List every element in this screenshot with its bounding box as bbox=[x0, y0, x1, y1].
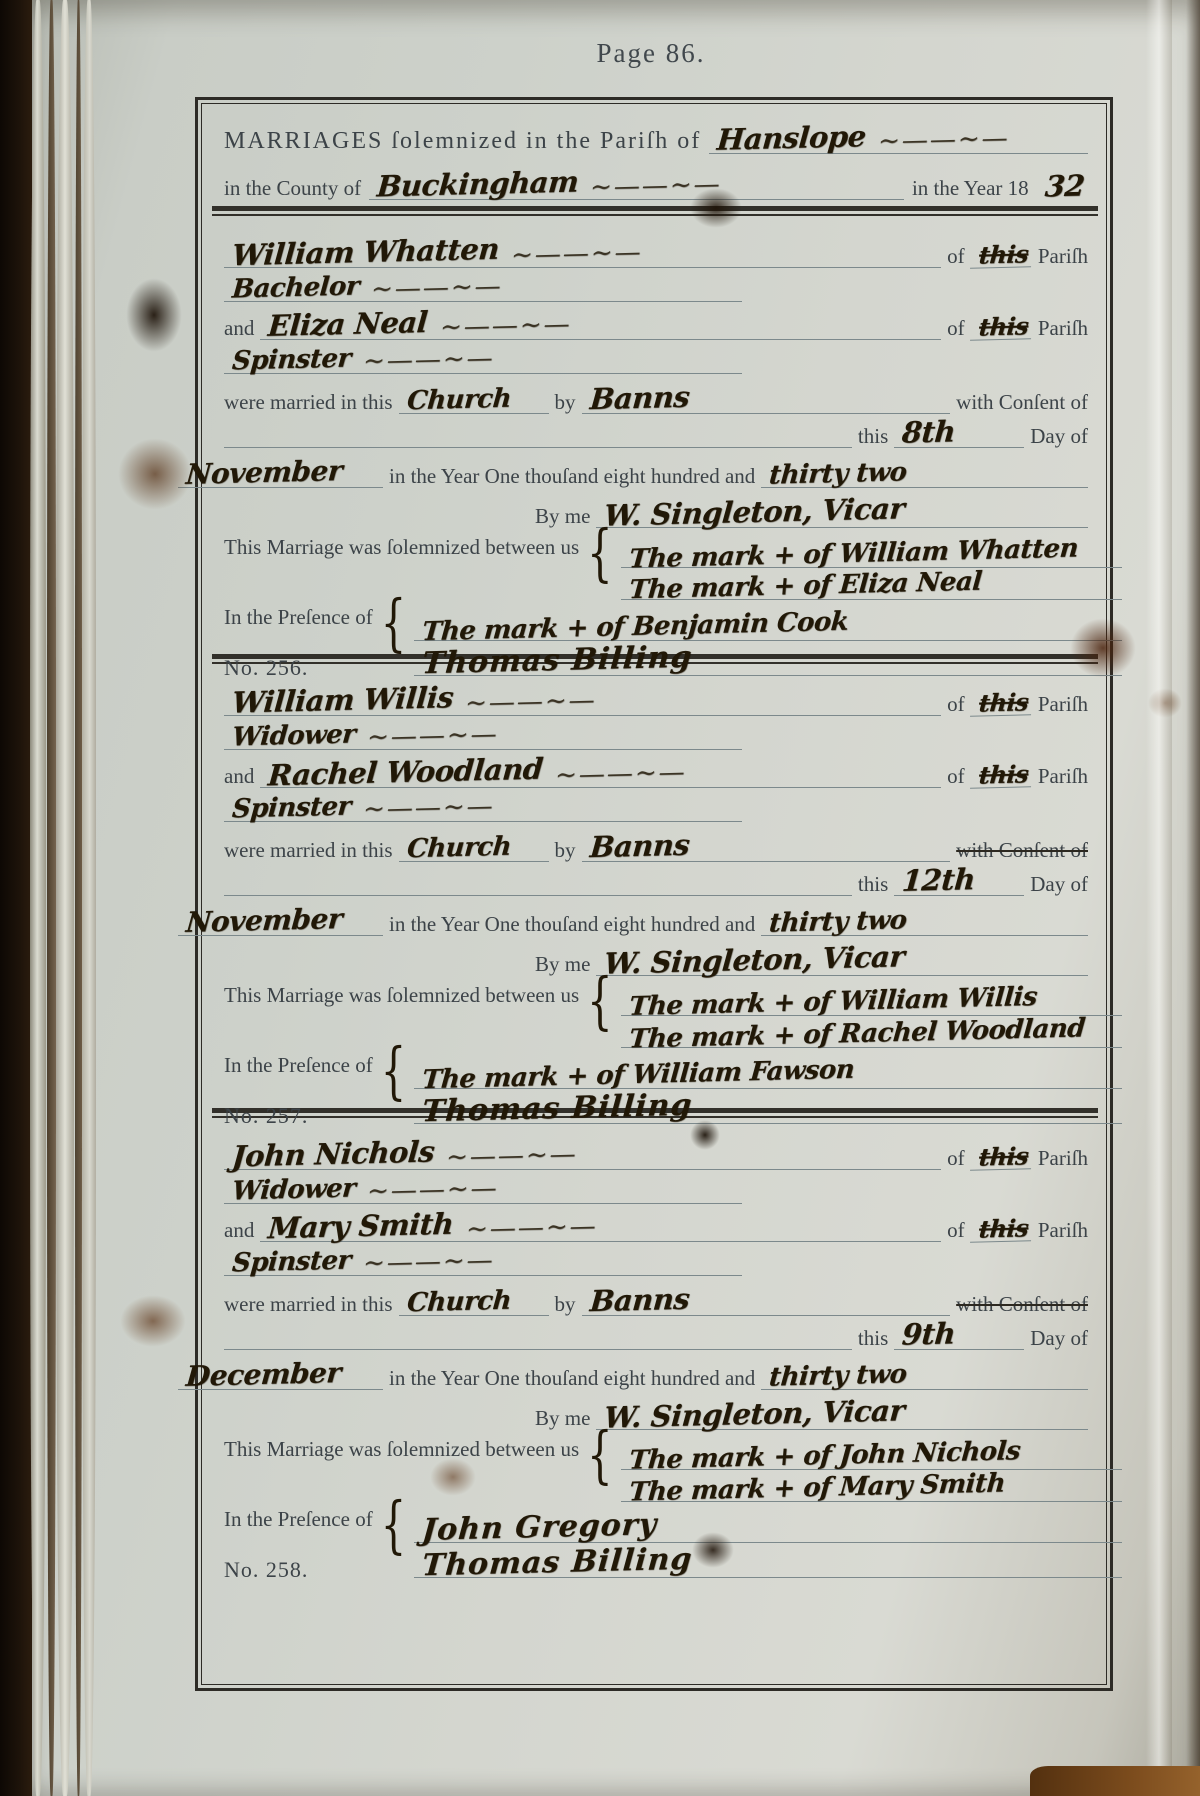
of-label: of bbox=[947, 1147, 965, 1170]
officiant: W. Singleton, Vicar bbox=[595, 495, 909, 530]
day-value: 12th bbox=[893, 866, 980, 895]
year-value: 32 bbox=[1036, 172, 1090, 200]
marriages-label: MARRIAGES ſolemnized in the Pariſh of bbox=[224, 128, 701, 154]
condition-line: Spinster~——~— bbox=[224, 349, 742, 374]
day-line: 8th bbox=[894, 419, 1024, 448]
marriage-entry-256: William Whatten~——~— of this Pariſh Bach… bbox=[224, 220, 1088, 648]
month-value: November bbox=[177, 458, 347, 488]
married-in: Church bbox=[398, 835, 516, 862]
month-value: November bbox=[177, 906, 347, 936]
flourish: ~——~— bbox=[546, 761, 692, 789]
officiant-line: W. Singleton, Vicar bbox=[596, 1401, 1088, 1430]
by-banns: Banns bbox=[580, 384, 693, 414]
by-label: by bbox=[555, 839, 576, 862]
year-words-line: thirty two bbox=[761, 1365, 1088, 1390]
witness1-line: The mark + of Benjamin Cook bbox=[414, 606, 1122, 641]
church-line: Church bbox=[399, 1291, 549, 1316]
bride-name: Rachel Woodland bbox=[259, 755, 548, 789]
flourish: ~——~— bbox=[502, 241, 648, 269]
by-me-label: By me bbox=[535, 1407, 590, 1430]
by-banns: Banns bbox=[580, 832, 693, 862]
marriage-entry-257: William Willis~——~— of this Pariſh Widow… bbox=[224, 668, 1088, 1102]
condition-line: Widower~——~— bbox=[224, 1179, 742, 1204]
parish-label: Pariſh bbox=[1038, 317, 1088, 340]
married-label: were married in this bbox=[224, 1293, 393, 1316]
this-label: this bbox=[858, 873, 888, 896]
county-line: Buckingham~——~— bbox=[369, 171, 904, 200]
day-value: 8th bbox=[893, 418, 960, 447]
groom-line: John Nichols~——~— bbox=[224, 1141, 941, 1170]
parish-label: Pariſh bbox=[1038, 693, 1088, 716]
consent-label: with Conſent of bbox=[956, 1293, 1088, 1316]
presence-label: In the Preſence of bbox=[224, 1508, 373, 1531]
parish-name: Hanslope bbox=[708, 123, 871, 154]
brace: { bbox=[381, 1498, 406, 1554]
month-line: November bbox=[178, 460, 383, 488]
ink-stain bbox=[126, 278, 182, 352]
condition-line: Bachelor~——~— bbox=[224, 277, 742, 302]
parish-this: this bbox=[970, 1146, 1033, 1171]
bride-condition: Spinster bbox=[223, 347, 356, 375]
register-page: Page 86. MARRIAGES ſolemnized in the Par… bbox=[30, 0, 1200, 1796]
day-of-label: Day of bbox=[1030, 873, 1088, 896]
brace: { bbox=[381, 596, 406, 652]
frame-inner: MARRIAGES ſolemnized in the Pariſh of Ha… bbox=[201, 103, 1107, 1685]
of-label: of bbox=[947, 317, 965, 340]
groom-condition: Widower bbox=[223, 1177, 360, 1205]
solemnized-label: This Marriage was ſolemnized between us bbox=[224, 984, 579, 1007]
day-value: 9th bbox=[893, 1320, 960, 1349]
married-label: were married in this bbox=[224, 391, 393, 414]
solemnized-label: This Marriage was ſolemnized between us bbox=[224, 1438, 579, 1461]
year-words-line: thirty two bbox=[761, 911, 1088, 936]
day-of-label: Day of bbox=[1030, 1327, 1088, 1350]
bride-condition: Spinster bbox=[223, 795, 356, 823]
groom-line: William Whatten~——~— bbox=[224, 239, 941, 268]
entry-number: No. 257. bbox=[224, 1104, 308, 1128]
bride-sign: The mark + of Rachel Woodland bbox=[620, 1017, 1090, 1053]
groom-sign-line: The mark + of John Nichols bbox=[621, 1438, 1122, 1470]
flourish: ~——~— bbox=[581, 173, 727, 201]
year-words: thirty two bbox=[760, 461, 911, 489]
of-label: of bbox=[947, 245, 965, 268]
year-words-label: in the Year One thouſand eight hundred a… bbox=[389, 1367, 755, 1390]
bride-line: Mary Smith~——~— bbox=[260, 1213, 941, 1242]
solemnized-label: This Marriage was ſolemnized between us bbox=[224, 536, 579, 559]
header-line-2: in the County of Buckingham~——~— in the … bbox=[224, 160, 1088, 200]
year-words-label: in the Year One thouſand eight hundred a… bbox=[389, 465, 755, 488]
parish-line: Hanslope~——~— bbox=[709, 125, 1088, 154]
consent-label: with Conſent of bbox=[956, 391, 1088, 414]
year-words: thirty two bbox=[760, 1363, 911, 1391]
brace: { bbox=[381, 1044, 406, 1100]
marriage-entry-258: John Nichols~——~— of this Pariſh Widower… bbox=[224, 1122, 1088, 1602]
by-label: by bbox=[555, 1293, 576, 1316]
table-edge bbox=[1030, 1766, 1200, 1796]
of-label: of bbox=[947, 765, 965, 788]
and-label: and bbox=[224, 765, 254, 788]
this-label: this bbox=[858, 1327, 888, 1350]
page-edge-ridge bbox=[75, 0, 82, 1796]
married-label: were married in this bbox=[224, 839, 393, 862]
by-banns: Banns bbox=[580, 1286, 693, 1316]
parish-this: this bbox=[970, 1218, 1033, 1243]
groom-name: William Willis bbox=[223, 684, 458, 717]
consent-label: with Conſent of bbox=[956, 839, 1088, 862]
presence-label: In the Preſence of bbox=[224, 1054, 373, 1077]
flourish: ~——~— bbox=[437, 1143, 583, 1171]
groom-name: John Nichols bbox=[223, 1138, 439, 1170]
year-words-line: thirty two bbox=[761, 463, 1088, 488]
signatures: The mark + of William Whatten The mark +… bbox=[621, 536, 1122, 600]
parish-this: this bbox=[970, 692, 1033, 717]
married-in: Church bbox=[398, 387, 516, 414]
flourish: ~——~— bbox=[431, 313, 577, 341]
groom-line: William Willis~——~— bbox=[224, 687, 941, 716]
month-value: December bbox=[177, 1360, 346, 1390]
officiant: W. Singleton, Vicar bbox=[595, 943, 909, 978]
brace: { bbox=[587, 1428, 612, 1484]
page-number: Page 86. bbox=[195, 38, 1107, 69]
presence-label: In the Preſence of bbox=[224, 606, 373, 629]
year-words-label: in the Year One thouſand eight hundred a… bbox=[389, 913, 755, 936]
officiant: W. Singleton, Vicar bbox=[595, 1397, 909, 1432]
brace: { bbox=[587, 974, 612, 1030]
entry-number: No. 258. bbox=[224, 1558, 308, 1582]
flourish: ~——~— bbox=[354, 347, 500, 375]
bride-name: Eliza Neal bbox=[259, 308, 432, 339]
flourish: ~——~— bbox=[354, 1249, 500, 1277]
by-label: by bbox=[555, 391, 576, 414]
witness1-line: John Gregory bbox=[414, 1508, 1122, 1543]
parish-label: Pariſh bbox=[1038, 1219, 1088, 1242]
page-edge-ridge bbox=[47, 0, 56, 1796]
bride-sign-line: The mark + of Rachel Woodland bbox=[621, 1016, 1122, 1048]
groom-sign-line: The mark + of William Whatten bbox=[621, 536, 1122, 568]
by-me-label: By me bbox=[535, 505, 590, 528]
parish-this: this bbox=[970, 316, 1033, 341]
day-line: 12th bbox=[894, 867, 1024, 896]
bride-sign-line: The mark + of Mary Smith bbox=[621, 1470, 1122, 1502]
ink-stain bbox=[120, 1295, 186, 1347]
section-divider bbox=[212, 206, 1098, 216]
day-line: 9th bbox=[894, 1321, 1024, 1350]
page-edge-shadow bbox=[1186, 0, 1200, 1796]
this-label: this bbox=[858, 425, 888, 448]
by-me-label: By me bbox=[535, 953, 590, 976]
county-label: in the County of bbox=[224, 177, 361, 200]
and-label: and bbox=[224, 1219, 254, 1242]
county-name: Buckingham bbox=[368, 168, 583, 200]
parish-this: this bbox=[970, 764, 1033, 789]
flourish: ~——~— bbox=[869, 127, 1015, 155]
page-fold bbox=[1146, 0, 1172, 1796]
header-line-1: MARRIAGES ſolemnized in the Pariſh of Ha… bbox=[224, 114, 1088, 154]
officiant-line: W. Singleton, Vicar bbox=[596, 499, 1088, 528]
groom-condition: Widower bbox=[223, 723, 360, 751]
flourish: ~——~— bbox=[457, 1215, 603, 1243]
book-binding bbox=[0, 0, 32, 1796]
witness1-line: The mark + of William Fawson bbox=[414, 1054, 1122, 1089]
bride-sign-line: The mark + of Eliza Neal bbox=[621, 568, 1122, 600]
flourish: ~——~— bbox=[362, 275, 508, 303]
entry-number: No. 256. bbox=[224, 656, 308, 680]
banns-line: Banns bbox=[582, 1287, 951, 1316]
church-line: Church bbox=[399, 837, 549, 862]
and-label: and bbox=[224, 317, 254, 340]
year-label: in the Year 18 bbox=[912, 177, 1029, 200]
groom-name: William Whatten bbox=[223, 235, 504, 269]
parish-this: this bbox=[970, 244, 1033, 269]
month-line: November bbox=[178, 908, 383, 936]
banns-line: Banns bbox=[582, 385, 951, 414]
groom-condition: Bachelor bbox=[223, 275, 364, 303]
flourish: ~——~— bbox=[456, 689, 602, 717]
flourish: ~——~— bbox=[358, 1177, 504, 1205]
bride-line: Rachel Woodland~——~— bbox=[260, 759, 941, 788]
month-line: December bbox=[178, 1362, 383, 1390]
officiant-line: W. Singleton, Vicar bbox=[596, 947, 1088, 976]
bride-condition: Spinster bbox=[223, 1249, 356, 1277]
signatures: The mark + of William Willis The mark + … bbox=[621, 984, 1122, 1048]
parish-label: Pariſh bbox=[1038, 245, 1088, 268]
of-label: of bbox=[947, 693, 965, 716]
bride-sign: The mark + of Eliza Neal bbox=[620, 570, 987, 603]
page-edge-ridge bbox=[56, 0, 74, 1796]
bride-line: Eliza Neal~——~— bbox=[260, 311, 941, 340]
day-of-label: Day of bbox=[1030, 425, 1088, 448]
bride-sign: The mark + of Mary Smith bbox=[620, 1472, 1010, 1506]
signatures: The mark + of John Nichols The mark + of… bbox=[621, 1438, 1122, 1502]
condition-line: Spinster~——~— bbox=[224, 1251, 742, 1276]
brace: { bbox=[587, 526, 612, 582]
bride-name: Mary Smith bbox=[259, 1210, 458, 1242]
flourish: ~——~— bbox=[358, 723, 504, 751]
banns-line: Banns bbox=[582, 833, 951, 862]
of-label: of bbox=[947, 1219, 965, 1242]
condition-line: Widower~——~— bbox=[224, 725, 742, 750]
condition-line: Spinster~——~— bbox=[224, 797, 742, 822]
church-line: Church bbox=[399, 389, 549, 414]
groom-sign: The mark + of William Willis bbox=[620, 985, 1042, 1020]
parish-label: Pariſh bbox=[1038, 765, 1088, 788]
groom-sign-line: The mark + of William Willis bbox=[621, 984, 1122, 1016]
page-edge-ridge bbox=[82, 0, 96, 1796]
parish-label: Pariſh bbox=[1038, 1147, 1088, 1170]
year-words: thirty two bbox=[760, 909, 911, 937]
flourish: ~——~— bbox=[354, 795, 500, 823]
printed-frame: MARRIAGES ſolemnized in the Pariſh of Ha… bbox=[195, 97, 1113, 1691]
page-edge-ridge bbox=[30, 0, 46, 1796]
married-in: Church bbox=[398, 1289, 516, 1316]
witness1: John Gregory bbox=[413, 1511, 662, 1545]
